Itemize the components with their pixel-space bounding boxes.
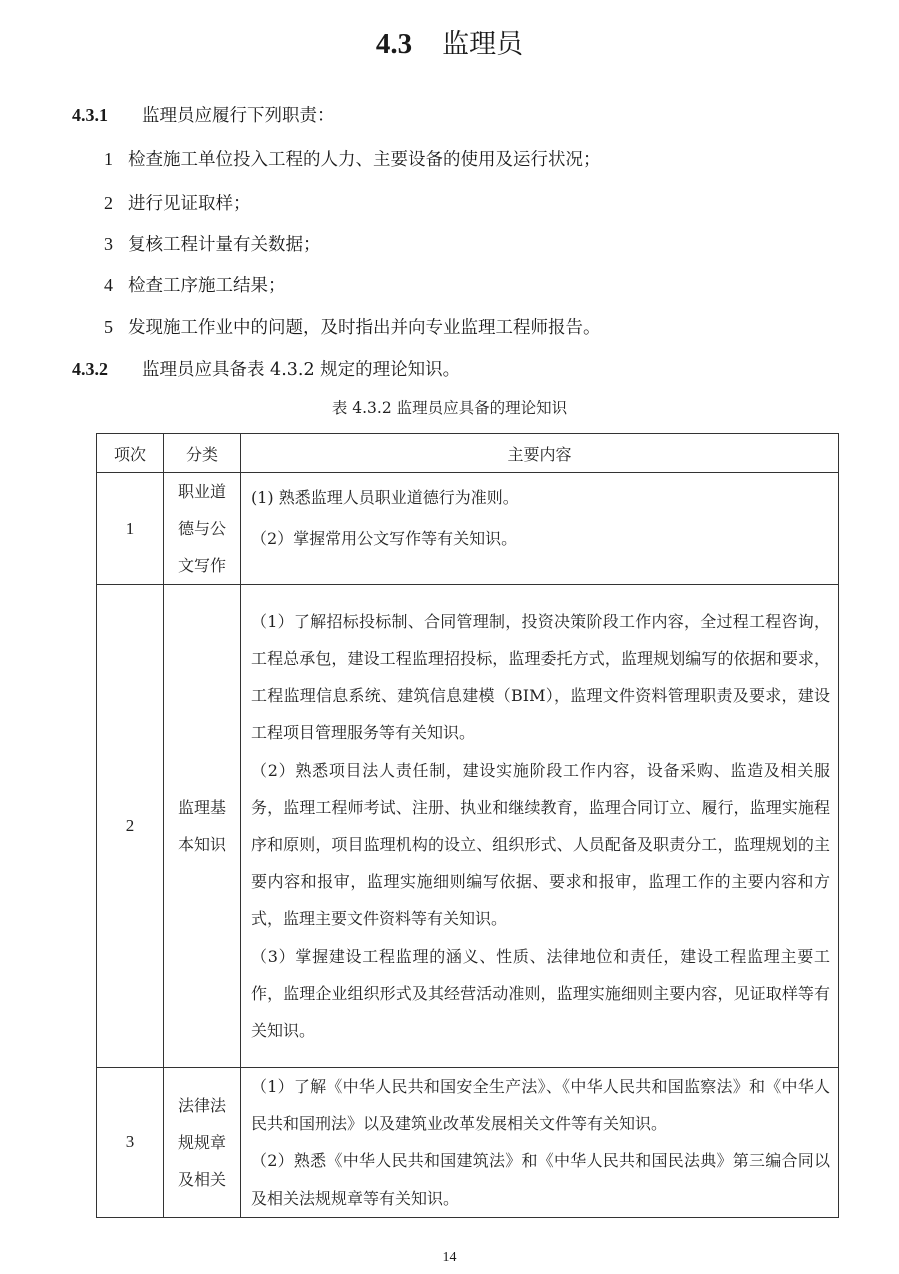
row-content: （1）了解招标投标制、合同管理制，投资决策阶段工作内容，全过程工程咨询，工程总承…: [241, 585, 839, 1068]
duty-item-5: 5发现施工作业中的问题，及时指出并向专业监理工程师报告。: [104, 313, 601, 342]
category-line: 及相关: [164, 1161, 240, 1198]
section-number: 4.3: [376, 28, 412, 60]
content-paragraph: （2）熟悉项目法人责任制，建设实施阶段工作内容，设备采购、监造及相关服务，监理工…: [251, 752, 830, 938]
duty-item-4: 4检查工序施工结果；: [104, 271, 286, 300]
header-category: 分类: [164, 434, 241, 473]
table-row: 2 监理基 本知识 （1）了解招标投标制、合同管理制，投资决策阶段工作内容，全过…: [97, 585, 839, 1068]
category-line: 职业道: [164, 473, 240, 510]
clause-4-3-2: 4.3.2监理员应具备表 4.3.2 规定的理论知识。: [72, 355, 460, 384]
clause-number: 4.3.1: [72, 101, 142, 129]
knowledge-table: 项次 分类 主要内容 1 职业道 德与公 文写作 (1) 熟悉监理人员职业道德行…: [96, 433, 839, 1218]
item-number: 2: [104, 189, 128, 217]
row-content: （1）了解《中华人民共和国安全生产法》、《中华人民共和国监察法》和《中华人民共和…: [241, 1068, 839, 1218]
category-line: 文写作: [164, 547, 240, 584]
clause-text: 监理员应具备表 4.3.2 规定的理论知识。: [142, 360, 460, 380]
item-number: 4: [104, 271, 128, 299]
table-caption: 表 4.3.2 监理员应具备的理论知识: [0, 396, 899, 420]
row-category: 法律法 规规章 及相关: [164, 1068, 241, 1218]
category-line: 监理基: [164, 789, 240, 826]
clause-number: 4.3.2: [72, 355, 142, 383]
header-content: 主要内容: [241, 434, 839, 473]
category-line: 德与公: [164, 510, 240, 547]
content-paragraph: （1）了解《中华人民共和国安全生产法》、《中华人民共和国监察法》和《中华人民共和…: [251, 1068, 830, 1142]
category-line: 本知识: [164, 826, 240, 863]
row-index: 3: [97, 1068, 164, 1218]
content-paragraph: （1）了解招标投标制、合同管理制，投资决策阶段工作内容，全过程工程咨询，工程总承…: [251, 603, 830, 752]
row-index: 1: [97, 473, 164, 585]
content-paragraph: (1) 熟悉监理人员职业道德行为准则。: [251, 477, 830, 518]
table-header-row: 项次 分类 主要内容: [97, 434, 839, 473]
row-category: 监理基 本知识: [164, 585, 241, 1068]
item-number: 3: [104, 230, 128, 258]
section-heading: 4.3监理员: [0, 22, 899, 67]
category-line: 法律法: [164, 1087, 240, 1124]
section-title: 监理员: [442, 29, 523, 60]
content-paragraph: （2）熟悉《中华人民共和国建筑法》和《中华人民共和国民法典》第三编合同以及相关法…: [251, 1142, 830, 1216]
row-content: (1) 熟悉监理人员职业道德行为准则。 （2）掌握常用公文写作等有关知识。: [241, 473, 839, 585]
page-number: 14: [0, 1250, 899, 1266]
content-paragraph: （3）掌握建设工程监理的涵义、性质、法律地位和责任，建设工程监理主要工作，监理企…: [251, 938, 830, 1050]
category-line: 规规章: [164, 1124, 240, 1161]
duty-item-1: 1检查施工单位投入工程的人力、主要设备的使用及运行状况；: [104, 145, 601, 174]
item-text: 检查工序施工结果；: [128, 276, 286, 296]
item-text: 发现施工作业中的问题，及时指出并向专业监理工程师报告。: [128, 318, 601, 338]
table-row: 1 职业道 德与公 文写作 (1) 熟悉监理人员职业道德行为准则。 （2）掌握常…: [97, 473, 839, 585]
clause-4-3-1: 4.3.1监理员应履行下列职责：: [72, 101, 335, 130]
row-category: 职业道 德与公 文写作: [164, 473, 241, 585]
table-row: 3 法律法 规规章 及相关 （1）了解《中华人民共和国安全生产法》、《中华人民共…: [97, 1068, 839, 1218]
item-text: 进行见证取样；: [128, 194, 251, 214]
row-index: 2: [97, 585, 164, 1068]
header-index: 项次: [97, 434, 164, 473]
duty-item-3: 3复核工程计量有关数据；: [104, 230, 321, 259]
clause-text: 监理员应履行下列职责：: [142, 106, 335, 126]
item-number: 5: [104, 313, 128, 341]
item-text: 检查施工单位投入工程的人力、主要设备的使用及运行状况；: [128, 150, 601, 170]
content-paragraph: （2）掌握常用公文写作等有关知识。: [251, 518, 830, 559]
item-number: 1: [104, 145, 128, 173]
duty-item-2: 2进行见证取样；: [104, 189, 251, 218]
item-text: 复核工程计量有关数据；: [128, 235, 321, 255]
